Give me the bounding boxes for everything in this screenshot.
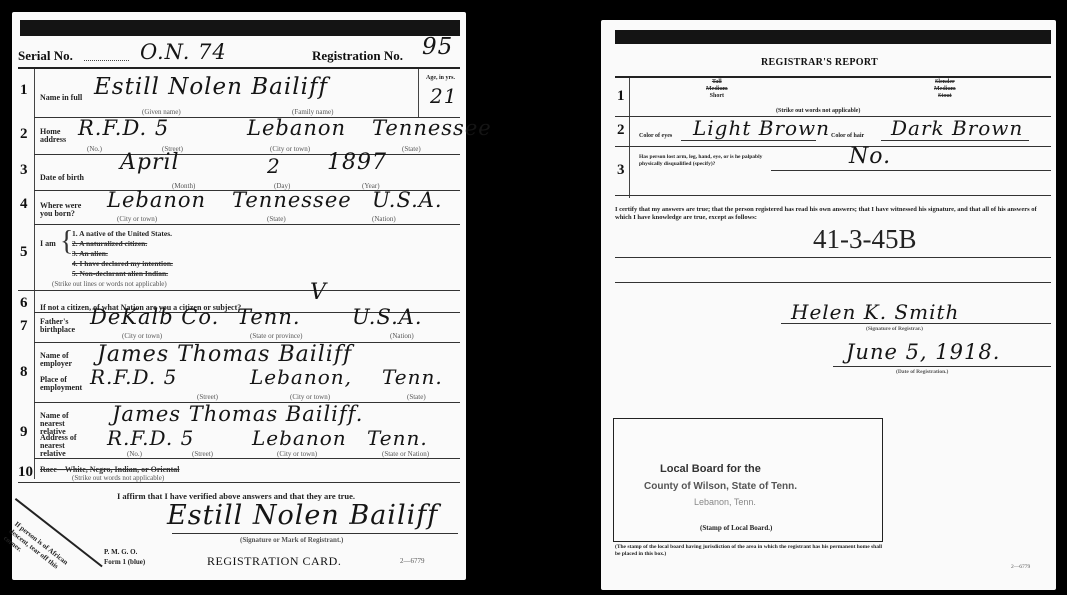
age-label: Age, in yrs. [426,74,455,82]
dob-label: Date of birth [40,174,84,182]
caption: (State) [267,215,286,223]
row-number: 2 [20,126,28,143]
relative-addr-state: Tenn. [367,426,428,450]
registration-label: Registration No. [312,48,403,64]
serial-label: Serial No. [18,48,73,64]
eye-color-value: Light Brown [693,116,830,140]
dob-month: April [120,150,180,175]
caption: (City or town) [117,215,157,223]
nationality-value: V [310,280,327,305]
registration-value: 95 [422,34,453,60]
employment-place-label: Place of employment [40,376,84,392]
caption: (State or province) [250,332,302,340]
age-value: 21 [430,84,457,108]
option-declared: 4. I have declared my intention. [72,259,173,269]
stamp-line-1: Local Board for the [660,463,761,475]
employer-value: James Thomas Bailiff [97,342,352,367]
stamped-code: 41-3-45B [813,224,917,255]
row-number: 3 [20,162,28,179]
birth-city: Lebanon [107,188,206,212]
form-label: Form 1 (blue) [104,558,145,566]
height-short: Short [706,93,728,100]
relative-addr-city: Lebanon [252,426,347,450]
option-naturalized: 2. A naturalized citizen. [72,239,173,249]
serial-value: O.N. 74 [140,40,227,64]
caption: (State) [402,145,421,153]
card-title: REGISTRATION CARD. [207,554,341,569]
row-number: 4 [20,196,28,213]
top-banner [615,30,1051,44]
registrar-signature: Helen K. Smith [791,300,959,324]
option-non-declarant: 5. Non-declarant alien Indian. [72,269,173,279]
caption: (City or town) [270,145,310,153]
caption: (No.) [87,145,102,153]
build-stout: Stout [934,93,956,100]
caption: (City or town) [290,393,330,401]
caption: (No.) [127,450,142,458]
height-tall: Tall [706,79,728,86]
corner-note: If person is of African descent, tear of… [1,520,74,586]
row-number: 7 [20,318,28,335]
report-title: REGISTRAR'S REPORT [761,57,878,68]
option-native: 1. A native of the United States. [72,229,173,239]
registrars-report-card: REGISTRAR'S REPORT 1 Tall Medium Short S… [601,20,1056,590]
hair-color-value: Dark Brown [891,116,1023,140]
row-number: 6 [20,295,28,312]
father-birthplace-label: Father's birthplace [40,318,76,334]
affirmation-text: I affirm that I have verified above answ… [117,492,355,500]
stamp-caption: (Stamp of Local Board.) [700,524,772,532]
height-options: Tall Medium Short [706,79,728,100]
form-code: 2—6779 [400,557,425,565]
registrant-signature: Estill Nolen Bailiff [167,500,438,531]
family-name-caption: (Family name) [292,108,333,116]
employment-state: Tenn. [382,365,443,389]
stamp-line-2: County of Wilson, State of Tenn. [644,481,797,492]
strike-note: (Strike out words not applicable) [72,474,164,482]
build-options: Slender Medium Stout [934,79,956,100]
status-label: I am [40,240,56,248]
row-number: 1 [20,82,28,99]
height-medium: Medium [706,86,728,93]
eye-color-label: Color of eyes [639,132,672,140]
employment-city: Lebanon, [250,365,352,389]
strike-note: (Strike out lines or words not applicabl… [52,280,167,288]
registration-date: June 5, 1918. [846,340,1000,364]
row-number: 2 [617,122,625,139]
citizenship-options: 1. A native of the United States. 2. A n… [72,229,173,279]
form-code: 2—6779 [1011,564,1030,570]
pmgo-label: P. M. G. O. [104,548,137,556]
stamp-instructions: (The stamp of the local board having jur… [615,544,883,558]
row-number: 5 [20,244,28,261]
certification-text: I certify that my answers are true; that… [615,206,1051,222]
option-alien: 3. An alien. [72,249,173,259]
relative-value: James Thomas Bailiff. [112,402,363,426]
name-label: Name in full [40,94,82,102]
caption: (Nation) [390,332,414,340]
hair-color-label: Color of hair [831,132,864,140]
caption: (City or town) [122,332,162,340]
row-number: 8 [20,364,28,381]
caption: (State) [407,393,426,401]
birth-state: Tennessee [232,188,352,212]
dob-day: 2 [267,154,281,178]
home-address-label: Home address [40,128,70,144]
caption: (Street) [197,393,218,401]
caption: (Street) [192,450,213,458]
employer-label: Name of employer [40,352,76,368]
father-birth-state: Tenn. [237,305,301,329]
caption: (Nation) [372,215,396,223]
father-birth-nation: U.S.A. [352,305,423,329]
caption: (City or town) [277,450,317,458]
stamp-line-3: Lebanon, Tenn. [694,497,756,507]
home-address-city: Lebanon [247,116,346,140]
dob-year: 1897 [327,150,387,175]
top-banner [20,20,460,36]
home-address-state: Tennessee [372,116,492,140]
registration-card: Serial No. O.N. 74 Registration No. 95 1… [12,12,466,580]
registrar-caption: (Signature of Registrar.) [866,326,923,332]
father-birth-city: DeKalb Co. [90,305,219,329]
full-name-value: Estill Nolen Bailiff [94,74,328,100]
row-number: 1 [617,88,625,105]
local-board-stamp-box: Local Board for the County of Wilson, St… [613,418,883,542]
home-address-no: R.F.D. 5 [78,116,169,140]
row-number: 10 [18,464,33,481]
disability-value: No. [849,144,891,169]
row-number: 9 [20,424,28,441]
disability-label: Has person lost arm, leg, hand, eye, or … [639,154,779,168]
given-name-caption: (Given name) [142,108,181,116]
employment-street: R.F.D. 5 [90,365,177,389]
date-caption: (Date of Registration.) [896,369,948,375]
strike-note: (Strike out words not applicable) [776,107,860,115]
build-medium: Medium [934,86,956,93]
relative-address-label: Address of nearest relative [40,434,84,458]
row-number: 3 [617,162,625,179]
relative-addr-no: R.F.D. 5 [107,426,194,450]
caption: (State or Nation) [382,450,429,458]
birth-nation: U.S.A. [372,188,443,212]
birthplace-label: Where were you born? [40,202,88,218]
build-slender: Slender [934,79,956,86]
signature-caption: (Signature or Mark of Registrant.) [240,536,343,544]
race-label: Race—White, Negro, Indian, or Oriental [40,466,179,474]
